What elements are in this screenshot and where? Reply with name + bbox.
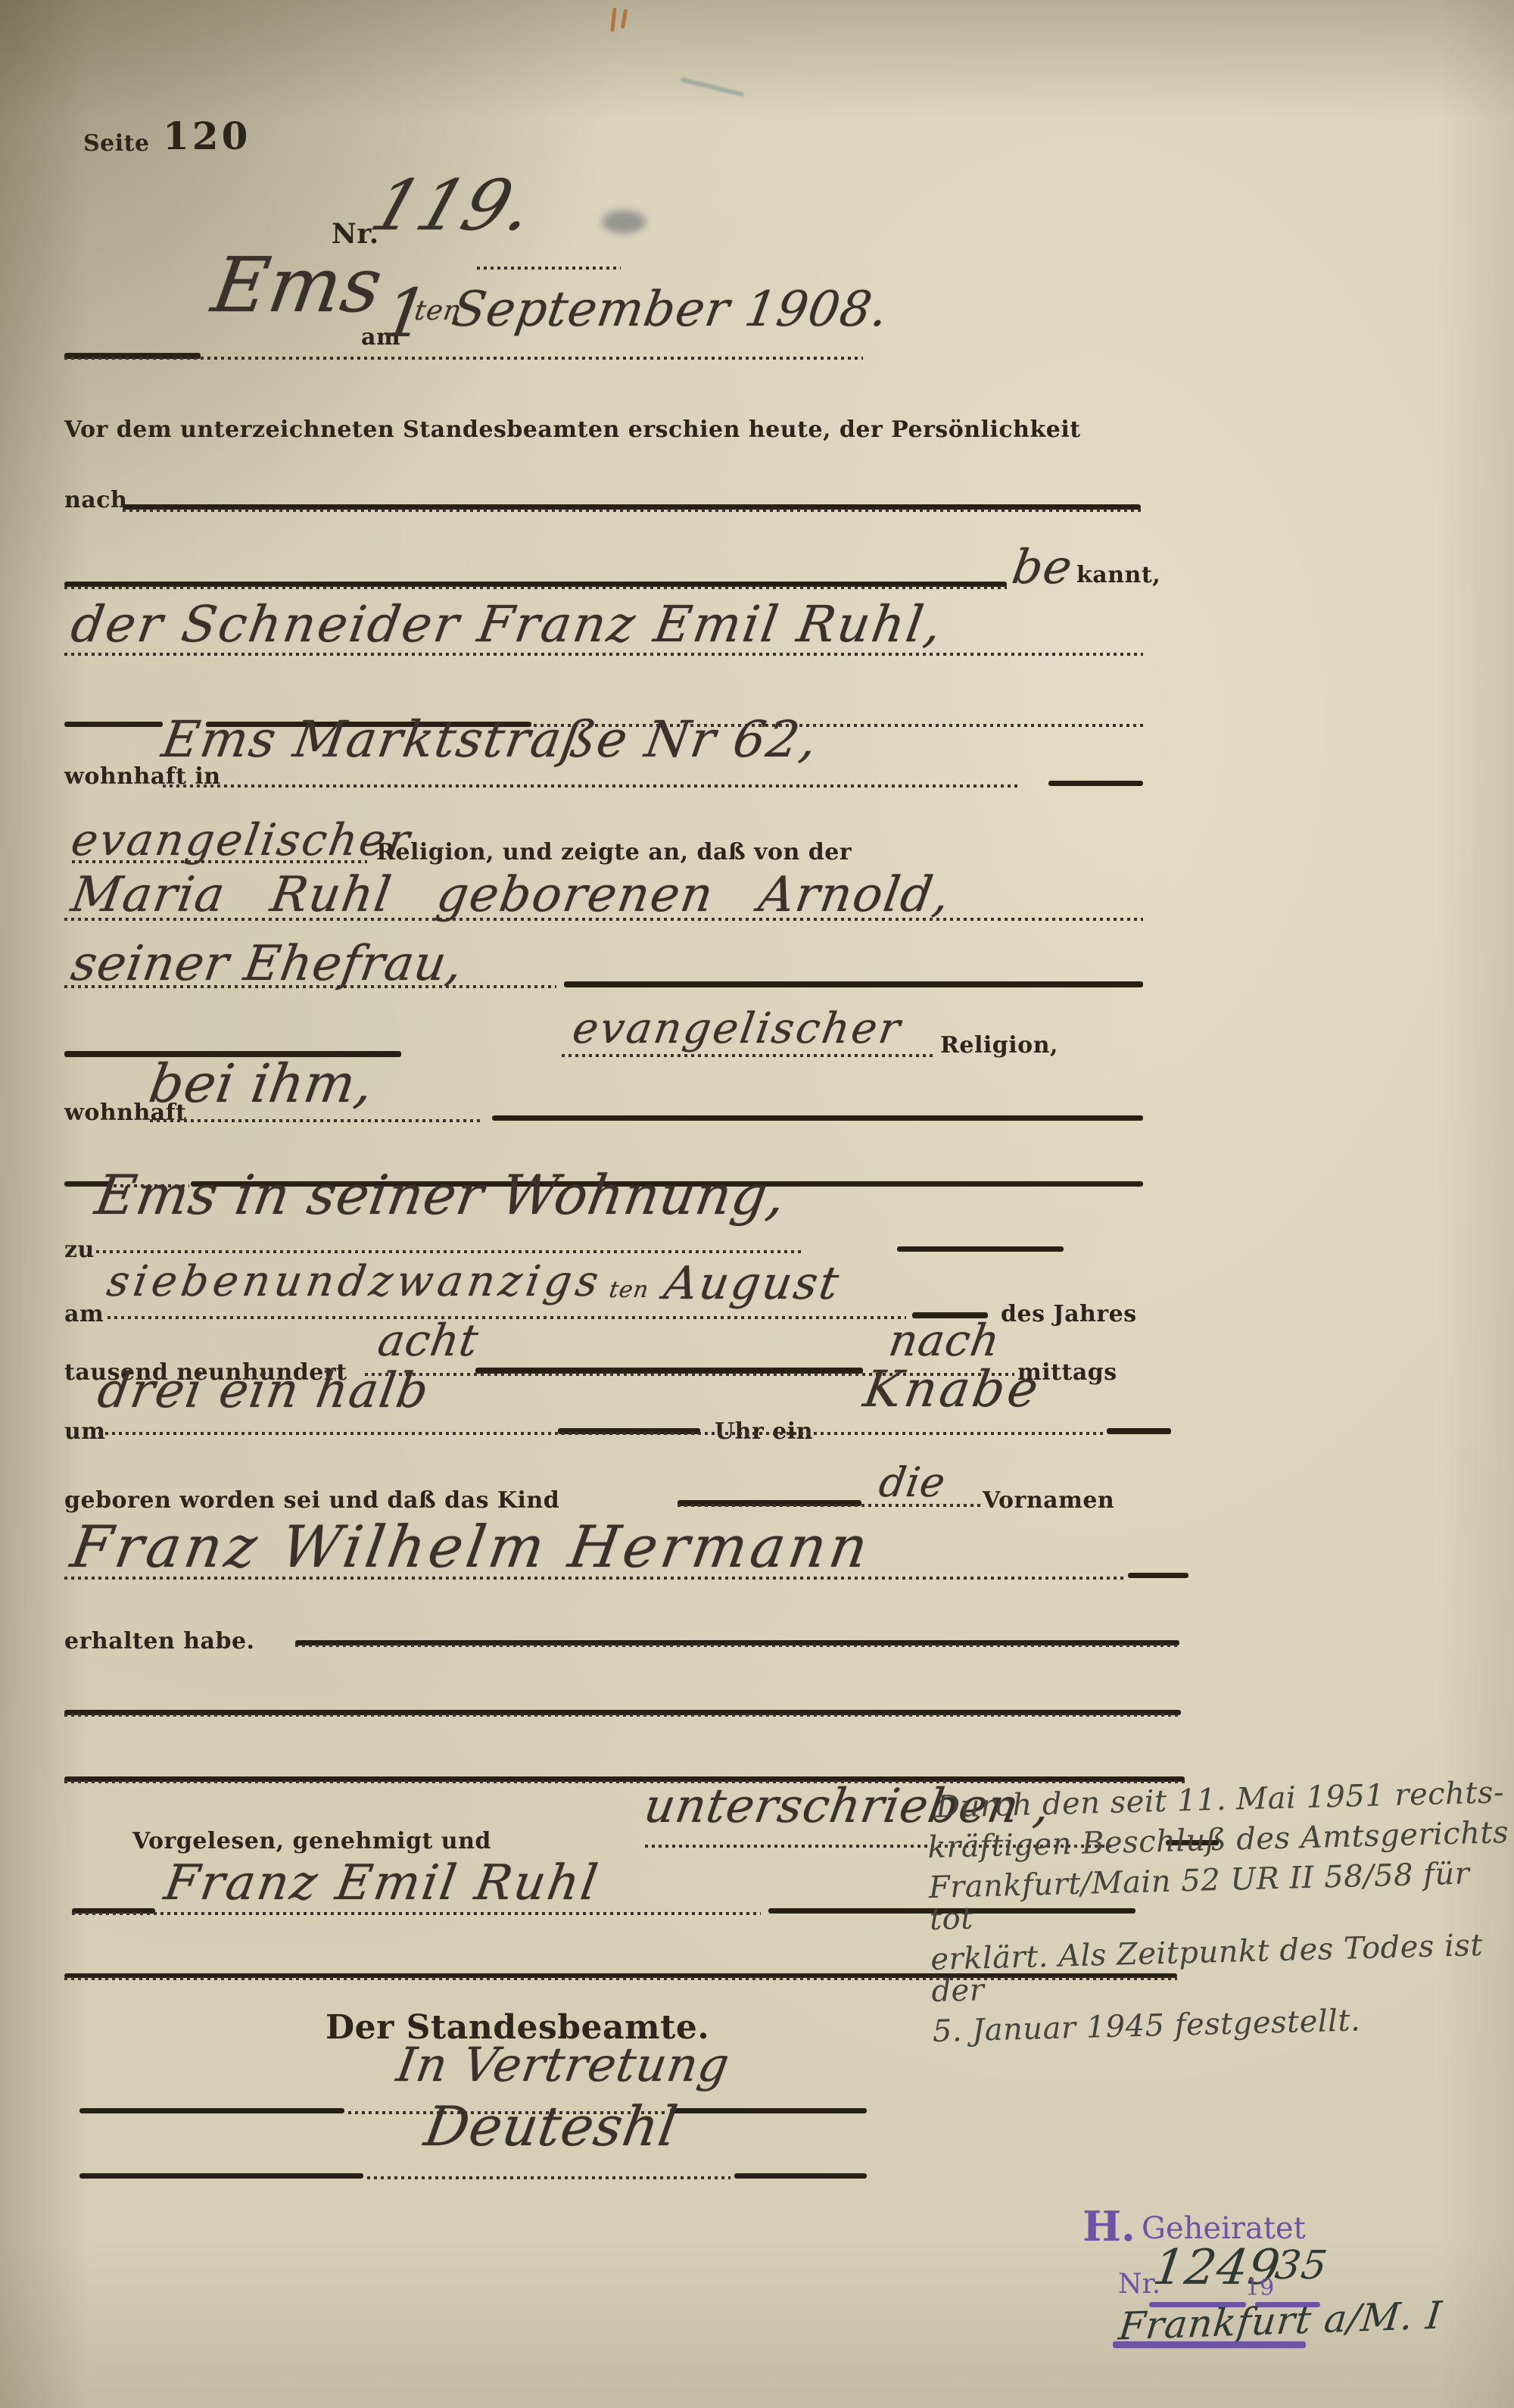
- birth-year-entry: acht: [375, 1315, 483, 1366]
- zu-label: zu: [64, 1237, 95, 1263]
- form-intro-line: Vor dem unterzeichneten Standesbeamten e…: [64, 416, 1081, 443]
- form-rule: [64, 918, 1143, 921]
- stamp-year: 35: [1273, 2243, 1331, 2288]
- form-rule: [678, 1504, 980, 1507]
- birth-day-suffix: ten: [607, 1277, 651, 1303]
- daytime-entry: nach: [886, 1315, 1005, 1366]
- child-names-entry: Franz Wilhelm Hermann: [67, 1513, 876, 1580]
- form-rule: [79, 2108, 344, 2113]
- bekannt-prefix-handwritten: be: [1008, 539, 1076, 594]
- die-entry: die: [876, 1458, 949, 1506]
- birthplace-entry: Ems in seiner Wohnung,: [91, 1163, 790, 1227]
- religion-entry-1: evangelischer: [68, 814, 416, 866]
- birth-month-entry: August: [660, 1257, 844, 1310]
- religion-label-2: Religion,: [940, 1032, 1058, 1059]
- pencil-mark: [610, 8, 616, 32]
- paper: Seite 120 Nr. 119. Ems am 1 ten Septembe…: [0, 0, 1514, 2408]
- form-rule: [72, 1912, 761, 1915]
- form-rule: [492, 1115, 1143, 1121]
- form-rule: [79, 2173, 363, 2179]
- stamp-rule: [1113, 2341, 1306, 2348]
- ink-streak: [681, 77, 745, 98]
- form-rule: [1128, 1573, 1188, 1578]
- form-rule: [96, 1250, 804, 1253]
- record-number-handwritten: 119.: [362, 165, 547, 246]
- nach-label: nach: [64, 487, 127, 513]
- form-rule: [98, 1432, 1105, 1435]
- margin-note-line: erklärt. Als Zeitpunkt des Todes ist der: [930, 1929, 1514, 2007]
- form-rule: [1048, 781, 1143, 786]
- registrar-signature: Deuteshl: [420, 2095, 682, 2158]
- dateline-month-year: September 1908.: [448, 282, 893, 338]
- page-number: 120: [163, 114, 251, 158]
- geboren-label: geboren worden sei und daß das Kind: [64, 1487, 559, 1514]
- religion-label-1: Religion, und zeigte an, daß von der: [376, 839, 852, 866]
- declarant-entry: der Schneider Franz Emil Ruhl,: [67, 595, 948, 653]
- form-rule: [123, 509, 1141, 512]
- form-rule: [367, 2176, 731, 2179]
- form-rule: [150, 1119, 483, 1122]
- stamp-h-label: H.: [1083, 2202, 1135, 2250]
- form-rule: [64, 985, 556, 988]
- pencil-mark: [621, 9, 628, 29]
- vornamen-label: Vornamen: [983, 1487, 1114, 1514]
- des-jahres-label: des Jahres: [1001, 1301, 1137, 1327]
- ink-smudge: [602, 211, 646, 233]
- form-rule: [64, 586, 1007, 589]
- religion-entry-2: evangelischer: [569, 1004, 905, 1053]
- form-rule: [64, 653, 1143, 656]
- form-rule: [1107, 1428, 1171, 1434]
- form-rule: [107, 1316, 906, 1319]
- form-rule: [64, 1577, 1124, 1580]
- mother-name-entry: Maria Ruhl geborenen Arnold,: [67, 867, 955, 923]
- margin-note: Durch den seit 11. Mai 1951 rechts- kräf…: [927, 1776, 1514, 2056]
- erhalten-label: erhalten habe.: [64, 1628, 255, 1655]
- margin-note-line: kräftigen Beschluß des Amtsgerichts: [927, 1817, 1511, 1864]
- form-rule: [295, 1644, 1179, 1647]
- margin-note-line: Frankfurt/Main 52 UR II 58/58 für tot: [928, 1857, 1512, 1935]
- stamp-year-prefix: 19: [1245, 2275, 1274, 2301]
- form-rule: [562, 1054, 933, 1057]
- bekannt-label: kannt,: [1076, 562, 1160, 588]
- vorgelesen-label: Vorgelesen, genehmigt und: [132, 1828, 491, 1854]
- form-rule: [64, 1714, 1181, 1717]
- form-rule: [897, 1246, 1064, 1252]
- child-sex-entry: Knabe: [860, 1360, 1045, 1418]
- declarant-signature: Franz Emil Ruhl: [160, 1855, 603, 1911]
- residence-entry: Ems Marktstraße Nr 62,: [158, 710, 822, 769]
- form-rule: [734, 2173, 867, 2179]
- mother-residence-entry: bei ihm,: [145, 1053, 378, 1115]
- form-rule: [163, 784, 1018, 788]
- birth-day-entry: siebenundzwanzigs: [104, 1257, 606, 1306]
- form-rule: [64, 357, 863, 360]
- form-rule: [64, 722, 163, 727]
- birth-time-entry: drei ein halb: [94, 1363, 434, 1419]
- in-vertretung-entry: In Vertretung: [393, 2037, 734, 2092]
- am-label: am: [64, 1301, 104, 1327]
- dateline-place: Ems: [207, 241, 389, 329]
- mother-relation-entry: seiner Ehefrau,: [67, 936, 467, 992]
- form-rule: [564, 981, 1143, 987]
- seite-label: Seite: [83, 130, 150, 157]
- margin-note-line: 5. Januar 1945 festgestellt.: [932, 2001, 1514, 2048]
- form-rule: [477, 267, 621, 270]
- form-rule: [72, 860, 367, 863]
- form-rule: [670, 2108, 867, 2113]
